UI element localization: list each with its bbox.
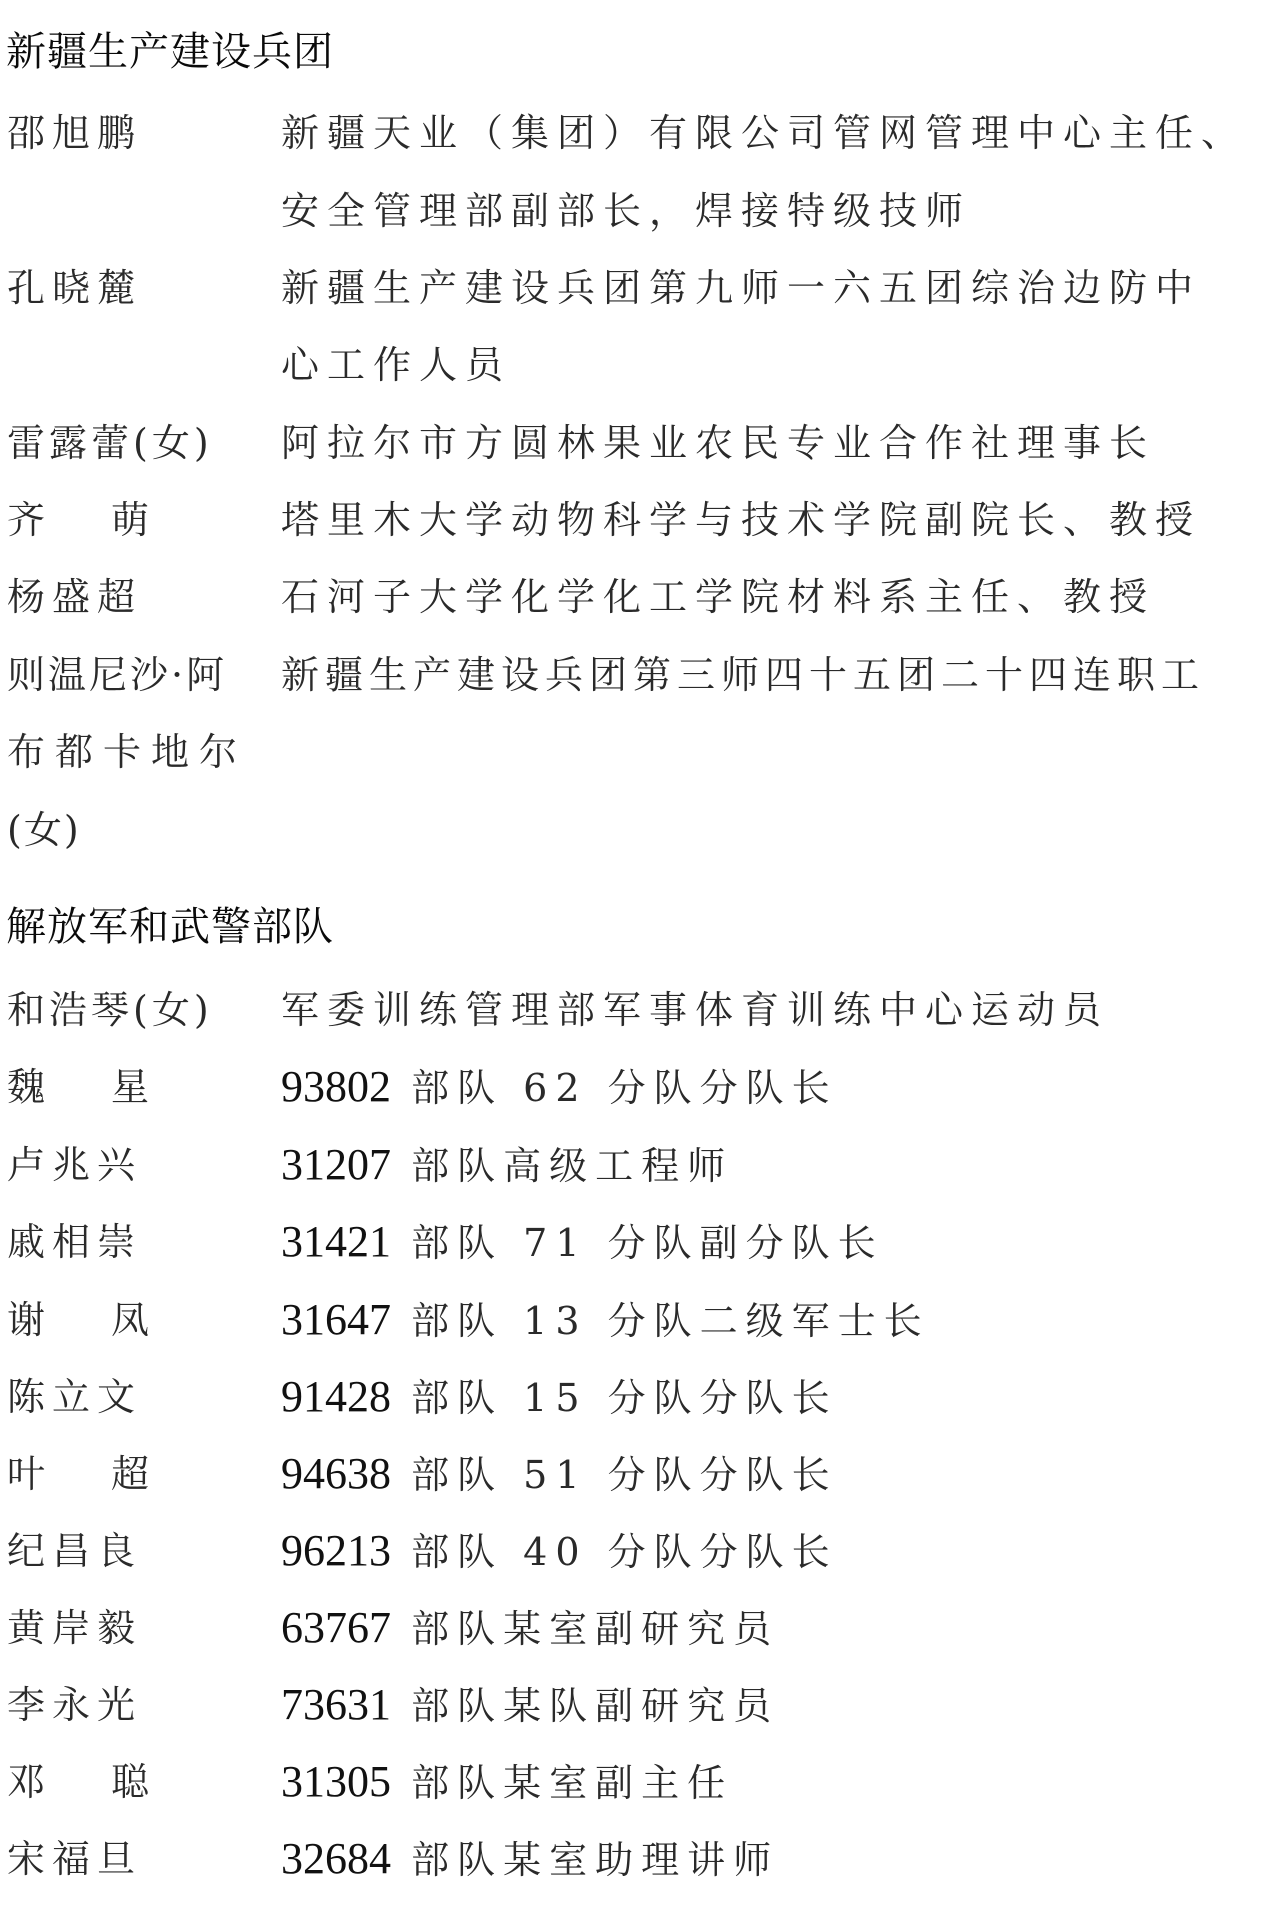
person-name: 和浩琴(女): [7, 985, 213, 1035]
person-title: 新疆生产建设兵团第三师四十五团二十四连职工: [281, 650, 1205, 700]
unit-number: 31305: [281, 1757, 391, 1806]
list-item: 则温尼沙·阿 新疆生产建设兵团第三师四十五团二十四连职工: [0, 650, 1280, 700]
list-item: 邓 聪 31305 部队某室副主任: [0, 1757, 1280, 1807]
unit-role: 部队某室副研究员: [411, 1607, 779, 1651]
person-title: 军委训练管理部军事体育训练中心运动员: [281, 985, 1109, 1035]
section-heading-pla-armed-police: 解放军和武警部队: [6, 905, 334, 949]
list-item: 纪昌良 96213 部队 40 分队分队长: [0, 1526, 1280, 1576]
list-item: 叶 超 94638 部队 51 分队分队长: [0, 1449, 1280, 1499]
list-item: 谢 凤 31647 部队 13 分队二级军士长: [0, 1295, 1280, 1345]
list-item-continuation: (女): [0, 805, 1280, 855]
list-item: 齐 萌 塔里木大学动物科学与技术学院副院长、教授: [0, 495, 1280, 545]
person-title: 63767 部队某室副研究员: [281, 1603, 779, 1654]
list-item: 陈立文 91428 部队 15 分队分队长: [0, 1372, 1280, 1422]
unit-number: 31207: [281, 1140, 391, 1189]
person-title: 31647 部队 13 分队二级军士长: [281, 1295, 930, 1346]
person-name-char: 星: [111, 1062, 149, 1112]
person-name-char: 邓: [7, 1757, 45, 1807]
unit-number: 94638: [281, 1449, 391, 1498]
person-name-char: 萌: [111, 495, 149, 545]
person-title: 96213 部队 40 分队分队长: [281, 1526, 838, 1577]
person-title: 31421 部队 71 分队副分队长: [281, 1217, 884, 1268]
person-name: 纪昌良: [7, 1526, 142, 1576]
list-item: 邵旭鹏 新疆天业（集团）有限公司管网管理中心主任、: [0, 108, 1280, 158]
person-title: 93802 部队 62 分队分队长: [281, 1062, 838, 1113]
person-title: 石河子大学化学化工学院材料系主任、教授: [281, 572, 1155, 622]
list-item: 李永光 73631 部队某队副研究员: [0, 1680, 1280, 1730]
unit-role: 部队某室助理讲师: [411, 1838, 779, 1882]
unit-role: 部队 71 分队副分队长: [411, 1221, 884, 1265]
person-title: 阿拉尔市方圆林果业农民专业合作社理事长: [281, 418, 1155, 468]
person-name: 戚相崇: [7, 1217, 142, 1267]
unit-role: 部队某室副主任: [411, 1761, 733, 1805]
person-name: 宋福旦: [7, 1834, 142, 1884]
list-item: 卢兆兴 31207 部队高级工程师: [0, 1140, 1280, 1190]
person-title: 32684 部队某室助理讲师: [281, 1834, 779, 1885]
person-title: 91428 部队 15 分队分队长: [281, 1372, 838, 1423]
list-item: 杨盛超 石河子大学化学化工学院材料系主任、教授: [0, 572, 1280, 622]
person-name-char: 谢: [7, 1295, 45, 1345]
person-title-continued: 心工作人员: [281, 340, 511, 390]
list-item: 黄岸毅 63767 部队某室副研究员: [0, 1603, 1280, 1653]
person-name-continued: (女): [7, 805, 81, 855]
unit-number: 31421: [281, 1217, 391, 1266]
list-item: 宋福旦 32684 部队某室助理讲师: [0, 1834, 1280, 1884]
person-name-char: 齐: [7, 495, 45, 545]
unit-role: 部队 40 分队分队长: [411, 1530, 838, 1574]
person-name-char: 叶: [7, 1449, 45, 1499]
unit-number: 96213: [281, 1526, 391, 1575]
person-title: 塔里木大学动物科学与技术学院副院长、教授: [281, 495, 1201, 545]
unit-number: 93802: [281, 1062, 391, 1111]
person-name: 卢兆兴: [7, 1140, 142, 1190]
person-title-continued: 安全管理部副部长，焊接特级技师: [281, 186, 971, 236]
person-name-continued: 布都卡地尔: [7, 727, 247, 777]
unit-role: 部队 13 分队二级军士长: [411, 1299, 930, 1343]
person-name: 杨盛超: [7, 572, 142, 622]
unit-role: 部队 51 分队分队长: [411, 1453, 838, 1497]
list-item: 孔晓麓 新疆生产建设兵团第九师一六五团综治边防中: [0, 263, 1280, 313]
person-name-char: 超: [111, 1449, 149, 1499]
list-item: 和浩琴(女) 军委训练管理部军事体育训练中心运动员: [0, 985, 1280, 1035]
person-name: 李永光: [7, 1680, 142, 1730]
person-title: 94638 部队 51 分队分队长: [281, 1449, 838, 1500]
list-item-continuation: 安全管理部副部长，焊接特级技师: [0, 186, 1280, 236]
person-name: 则温尼沙·阿: [7, 650, 227, 700]
unit-number: 91428: [281, 1372, 391, 1421]
person-name: 孔晓麓: [7, 263, 142, 313]
unit-role: 部队某队副研究员: [411, 1684, 779, 1728]
list-item: 雷露蕾(女) 阿拉尔市方圆林果业农民专业合作社理事长: [0, 418, 1280, 468]
person-title: 31207 部队高级工程师: [281, 1140, 733, 1191]
list-item: 戚相崇 31421 部队 71 分队副分队长: [0, 1217, 1280, 1267]
person-name-char: 聪: [111, 1757, 149, 1807]
person-name-char: 凤: [111, 1295, 149, 1345]
person-title: 新疆天业（集团）有限公司管网管理中心主任、: [281, 108, 1247, 158]
unit-number: 32684: [281, 1834, 391, 1883]
unit-role: 部队 15 分队分队长: [411, 1376, 838, 1420]
person-name-char: 魏: [7, 1062, 45, 1112]
section-heading-xinjiang-corps: 新疆生产建设兵团: [6, 30, 334, 74]
unit-role: 部队高级工程师: [411, 1144, 733, 1188]
unit-role: 部队 62 分队分队长: [411, 1066, 838, 1110]
person-name: 雷露蕾(女): [7, 418, 213, 468]
unit-number: 73631: [281, 1680, 391, 1729]
person-title: 73631 部队某队副研究员: [281, 1680, 779, 1731]
person-name: 陈立文: [7, 1372, 142, 1422]
unit-number: 31647: [281, 1295, 391, 1344]
person-name: 黄岸毅: [7, 1603, 142, 1653]
list-item-continuation: 心工作人员: [0, 340, 1280, 390]
person-title: 新疆生产建设兵团第九师一六五团综治边防中: [281, 263, 1201, 313]
person-title: 31305 部队某室副主任: [281, 1757, 733, 1808]
unit-number: 63767: [281, 1603, 391, 1652]
person-name: 邵旭鹏: [7, 108, 142, 158]
list-item: 魏 星 93802 部队 62 分队分队长: [0, 1062, 1280, 1112]
list-item-continuation: 布都卡地尔: [0, 727, 1280, 777]
